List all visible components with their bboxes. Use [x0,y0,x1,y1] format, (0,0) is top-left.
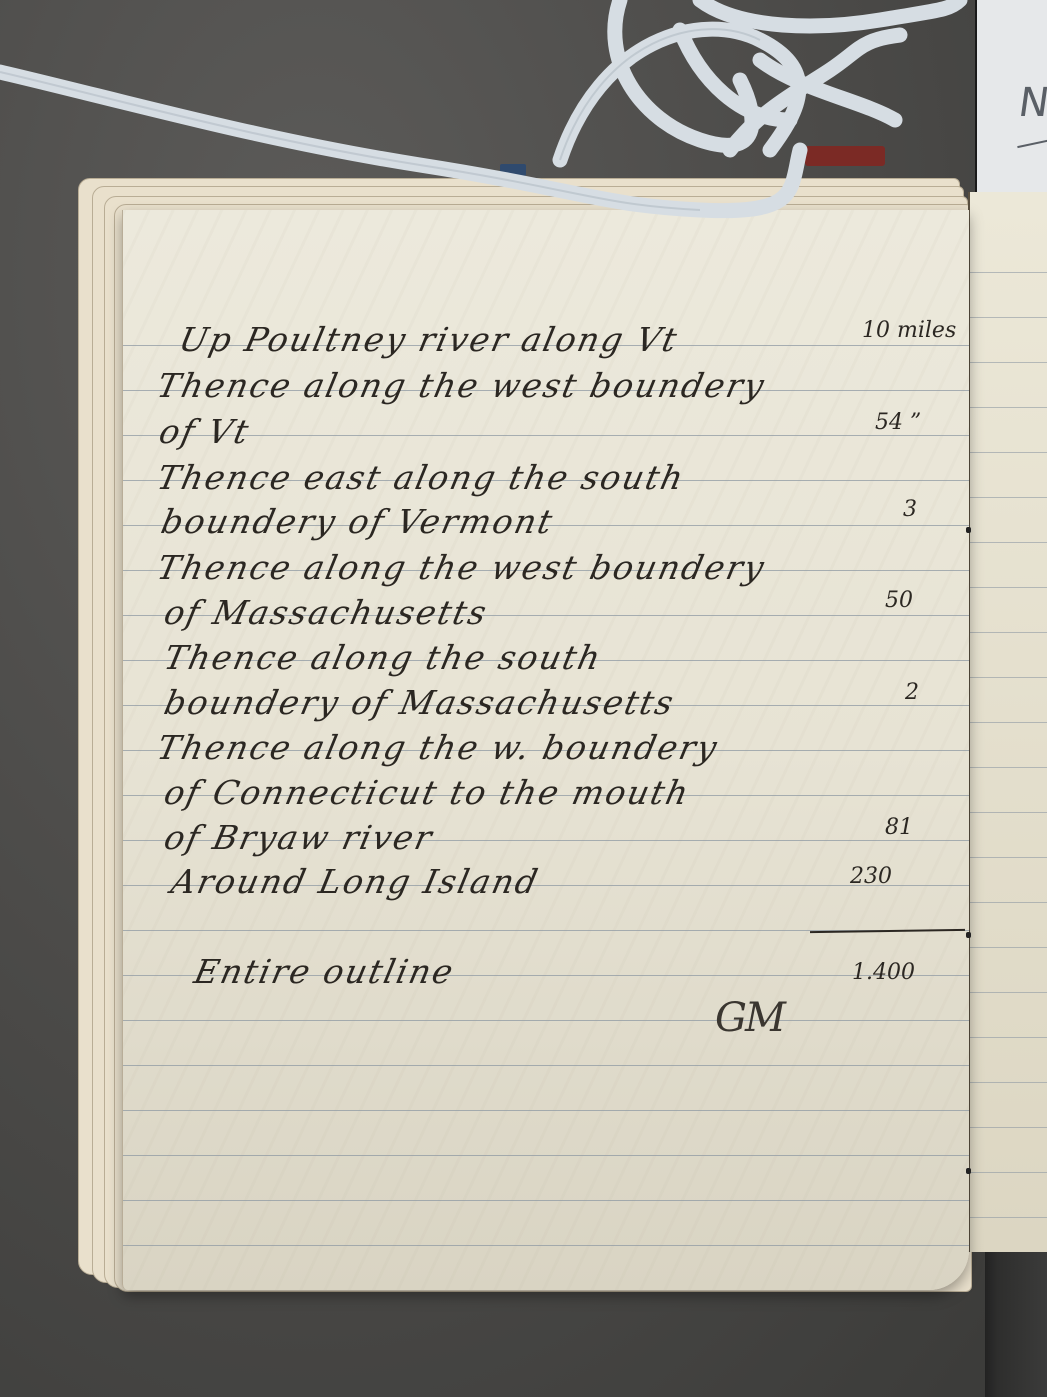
entry-line: Up Poultney river along Vt [176,320,682,359]
binding-stitch [966,932,971,938]
entry-line: boundery of Vermont [158,502,558,541]
entry-line: Thence east along the south [154,458,689,497]
entry-line: Thence along the w. boundery [154,728,722,767]
signature-initials: GM [715,995,784,1041]
entry-line: Thence along the south [161,638,606,677]
entry-line: of Bryaw river [161,818,437,857]
facing-page [968,192,1047,1252]
total-value: 1.400 [852,960,915,985]
entry-distance: 230 [850,864,892,889]
entry-distance: 50 [885,588,913,613]
entry-line: Around Long Island [168,862,543,901]
entry-line: Thence along the west boundery [154,366,769,405]
entry-line: of Connecticut to the mouth [161,773,694,812]
entry-line: Thence along the west boundery [154,548,769,587]
total-label: Entire outline [191,952,459,991]
entry-line: of Vt [156,412,254,451]
entry-distance: 3 [903,497,917,522]
entry-line: of Massachusetts [161,593,492,632]
cord [0,0,1047,260]
binding-stitch [966,527,971,533]
entry-distance: 81 [885,815,913,840]
entry-distance: 2 [905,680,919,705]
entry-distance: 10 miles [862,318,956,343]
entry-distance: 54 ” [875,410,921,435]
binding-stitch [966,1168,971,1174]
entry-line: boundery of Massachusetts [161,683,679,722]
